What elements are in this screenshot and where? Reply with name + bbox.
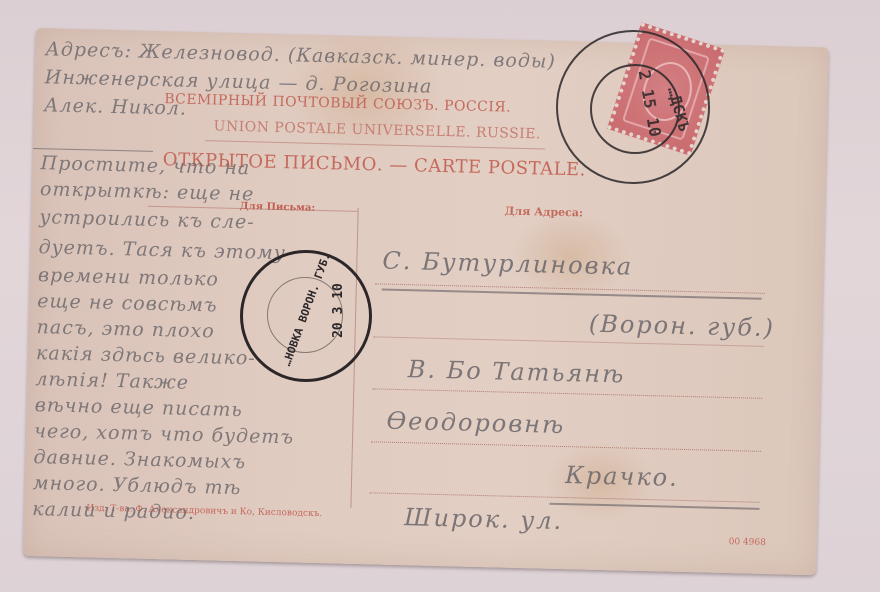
- message-line: времени только: [38, 264, 219, 290]
- message-line: чего, хотъ что будетъ: [34, 420, 294, 448]
- message-line: вѣчно еще писать: [35, 394, 243, 421]
- postmark-destination: …НОВКА ВОРОН. ГУБ. 20 3 10: [240, 250, 372, 382]
- divider: [33, 148, 153, 152]
- address-line: [372, 388, 762, 399]
- message-line: какiя здѣсь велико-: [36, 342, 256, 369]
- message-line: устроились къ сле-: [39, 206, 255, 233]
- serial-number: 00 4968: [729, 537, 766, 548]
- message-line: давние. Знакомыхъ: [33, 446, 246, 473]
- postmark-origin: 2 15 10 …ДСКЪ: [556, 30, 710, 184]
- message-line: дуетъ. Тася къ этому: [38, 236, 286, 264]
- address-line-text: Ѳеодоровнѣ: [386, 407, 565, 439]
- message-line: еще не совсѣмъ: [37, 290, 218, 316]
- postmark-date: 20 3 10: [331, 283, 346, 338]
- address-line-text: Крачко.: [565, 461, 679, 492]
- sender-line: Алек. Никол.: [44, 94, 187, 119]
- message-line: открыткѣ: еще не: [40, 178, 255, 205]
- message-line: калии и радио.: [32, 498, 195, 524]
- address-line-text: Широк. ул.: [404, 503, 564, 535]
- address-line-text: С. Бутурлиновка: [382, 247, 633, 281]
- address-line-text: (Ворон. губ.): [589, 310, 776, 343]
- message-line: пасъ, это плохо: [36, 316, 215, 342]
- message-line: много. Ублюдъ тѣ: [33, 472, 242, 499]
- message-line: Простите, что на: [40, 152, 250, 179]
- label-for-address: Для Адреса:: [505, 205, 584, 220]
- address-line-text: В. Бо Татьянѣ: [407, 355, 625, 388]
- message-line: лѣпiя! Также: [35, 368, 189, 394]
